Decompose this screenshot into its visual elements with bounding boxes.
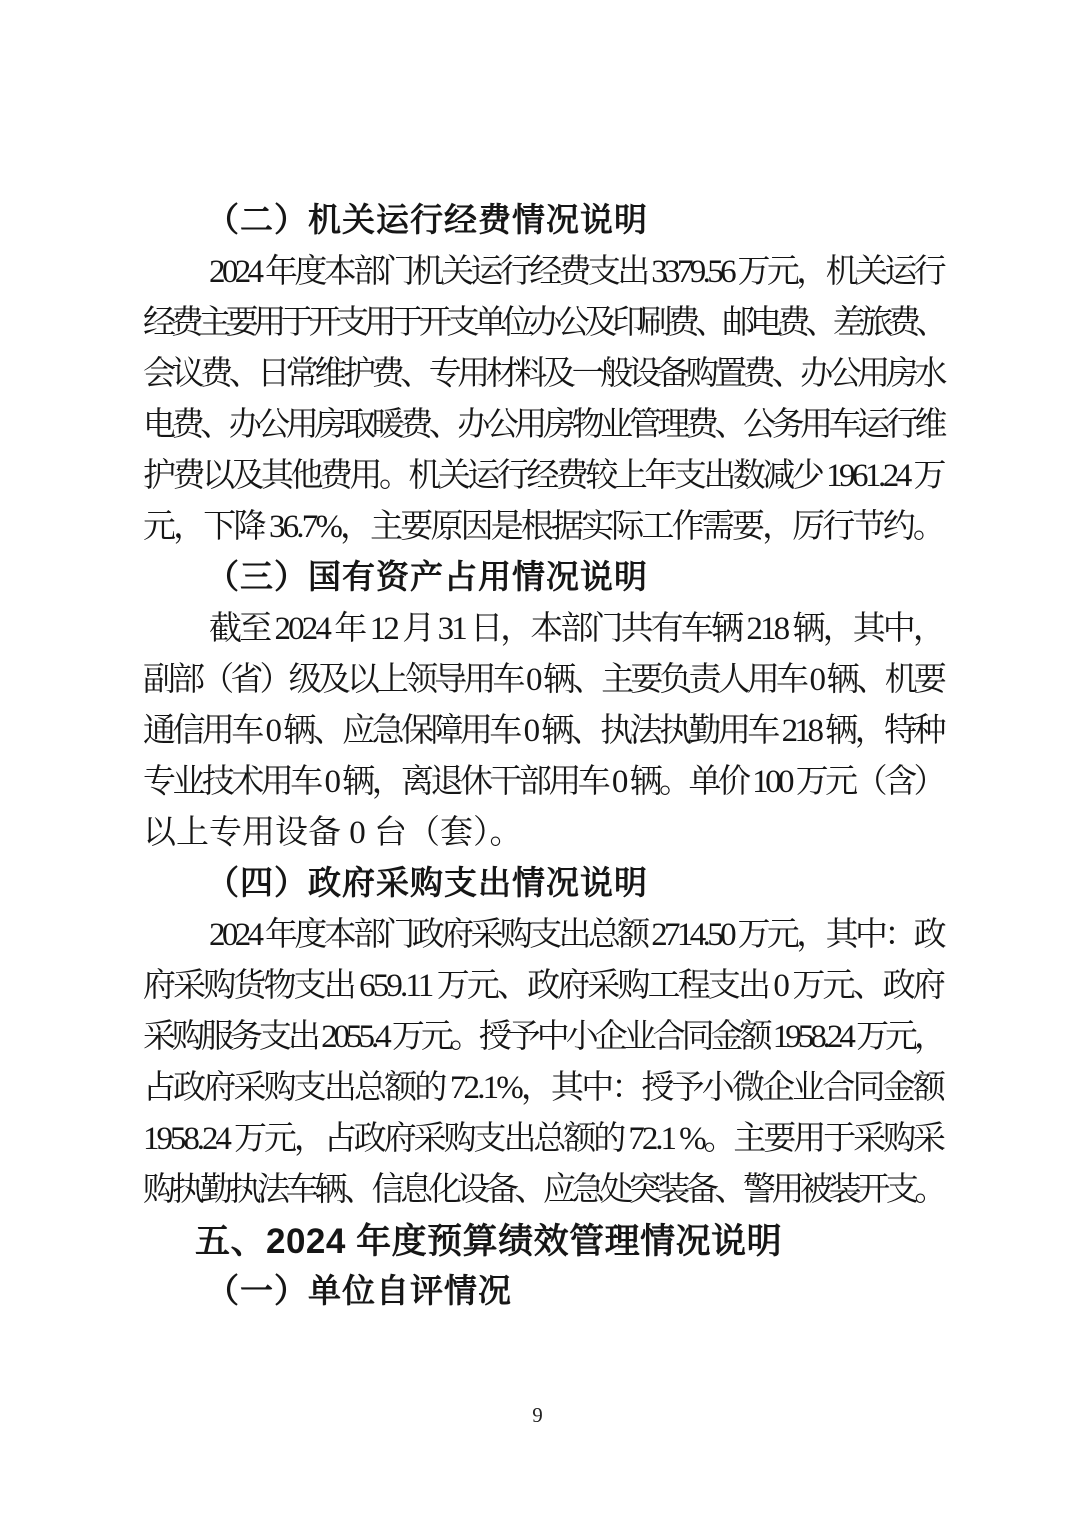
heading-text: （四）政府采购支出情况说明	[206, 859, 648, 910]
body-line: 购执勤执法车辆、信息化设备、应急处突装备、警用被装开支。	[143, 1165, 943, 1216]
body-line: 采购服务支出 2055.4 万元。授予中小企业合同金额 1958.24 万元，	[143, 1012, 943, 1063]
body-line: 占政府采购支出总额的 72.1%，其中：授予小微企业合同金额	[143, 1063, 943, 1114]
body-text: 护费以及其他费用。机关运行经费较上年支出数减少 1961.24 万	[143, 451, 943, 502]
heading-section-2: （二）机关运行经费情况说明	[143, 196, 943, 247]
document-page: （二）机关运行经费情况说明 2024 年度本部门机关运行经费支出 3379.56…	[0, 0, 1075, 1520]
body-text: 占政府采购支出总额的 72.1%，其中：授予小微企业合同金额	[143, 1063, 943, 1114]
body-text: 2024 年度本部门机关运行经费支出 3379.56 万元，机关运行	[209, 247, 943, 298]
body-text: 经费主要用于开支用于开支单位办公及印刷费、邮电费、差旅费、	[143, 298, 943, 349]
body-line: 1958.24 万元，占政府采购支出总额的 72.1 %。主要用于采购采	[143, 1114, 943, 1165]
body-text: 元，下降 36.7%，主要原因是根据实际工作需要，厉行节约。	[143, 502, 943, 553]
heading-part-5: 五、2024 年度预算绩效管理情况说明	[143, 1216, 943, 1267]
body-line: 元，下降 36.7%，主要原因是根据实际工作需要，厉行节约。	[143, 502, 943, 553]
body-line: 专业技术用车 0 辆，离退休干部用车 0 辆。单价 100 万元（含）	[143, 757, 943, 808]
body-text: 会议费、日常维护费、专用材料及一般设备购置费、办公用房水	[143, 349, 943, 400]
heading-text: （一）单位自评情况	[206, 1267, 512, 1318]
body-line: 电费、办公用房取暖费、办公用房物业管理费、公务用车运行维	[143, 400, 943, 451]
body-text: 购执勤执法车辆、信息化设备、应急处突装备、警用被装开支。	[143, 1165, 943, 1216]
heading-text: 五、2024 年度预算绩效管理情况说明	[195, 1216, 782, 1267]
body-text: 1958.24 万元，占政府采购支出总额的 72.1 %。主要用于采购采	[143, 1114, 943, 1165]
heading-section-3: （三）国有资产占用情况说明	[143, 553, 943, 604]
body-text: 2024 年度本部门政府采购支出总额 2714.50 万元，其中：政	[209, 910, 943, 961]
body-line: 经费主要用于开支用于开支单位办公及印刷费、邮电费、差旅费、	[143, 298, 943, 349]
heading-subsection-1: （一）单位自评情况	[143, 1267, 943, 1318]
body-text: 截至 2024 年 12 月 31 日，本部门共有车辆 218 辆，其中，	[209, 604, 943, 655]
body-line: 截至 2024 年 12 月 31 日，本部门共有车辆 218 辆，其中，	[143, 604, 943, 655]
body-text: 府采购货物支出 659.11 万元、政府采购工程支出 0 万元、政府	[143, 961, 943, 1012]
body-text: 通信用车 0 辆、应急保障用车 0 辆、执法执勤用车 218 辆，特种	[143, 706, 943, 757]
body-line: 府采购货物支出 659.11 万元、政府采购工程支出 0 万元、政府	[143, 961, 943, 1012]
body-text: 副部（省）级及以上领导用车 0 辆、主要负责人用车 0 辆、机要	[143, 655, 943, 706]
body-text: 采购服务支出 2055.4 万元。授予中小企业合同金额 1958.24 万元，	[143, 1012, 943, 1063]
body-line: 护费以及其他费用。机关运行经费较上年支出数减少 1961.24 万	[143, 451, 943, 502]
heading-text: （三）国有资产占用情况说明	[206, 553, 648, 604]
heading-text: （二）机关运行经费情况说明	[206, 196, 648, 247]
body-line: 副部（省）级及以上领导用车 0 辆、主要负责人用车 0 辆、机要	[143, 655, 943, 706]
body-line: 2024 年度本部门政府采购支出总额 2714.50 万元，其中：政	[143, 910, 943, 961]
body-text: 专业技术用车 0 辆，离退休干部用车 0 辆。单价 100 万元（含）	[143, 757, 943, 808]
page-number: 9	[0, 1400, 1075, 1430]
heading-section-4: （四）政府采购支出情况说明	[143, 859, 943, 910]
document-body: （二）机关运行经费情况说明 2024 年度本部门机关运行经费支出 3379.56…	[143, 196, 943, 1318]
body-line: 以上专用设备 0 台（套）。	[143, 808, 943, 859]
body-line: 通信用车 0 辆、应急保障用车 0 辆、执法执勤用车 218 辆，特种	[143, 706, 943, 757]
body-text: 以上专用设备 0 台（套）。	[143, 808, 523, 859]
body-line: 2024 年度本部门机关运行经费支出 3379.56 万元，机关运行	[143, 247, 943, 298]
body-line: 会议费、日常维护费、专用材料及一般设备购置费、办公用房水	[143, 349, 943, 400]
body-text: 电费、办公用房取暖费、办公用房物业管理费、公务用车运行维	[143, 400, 943, 451]
